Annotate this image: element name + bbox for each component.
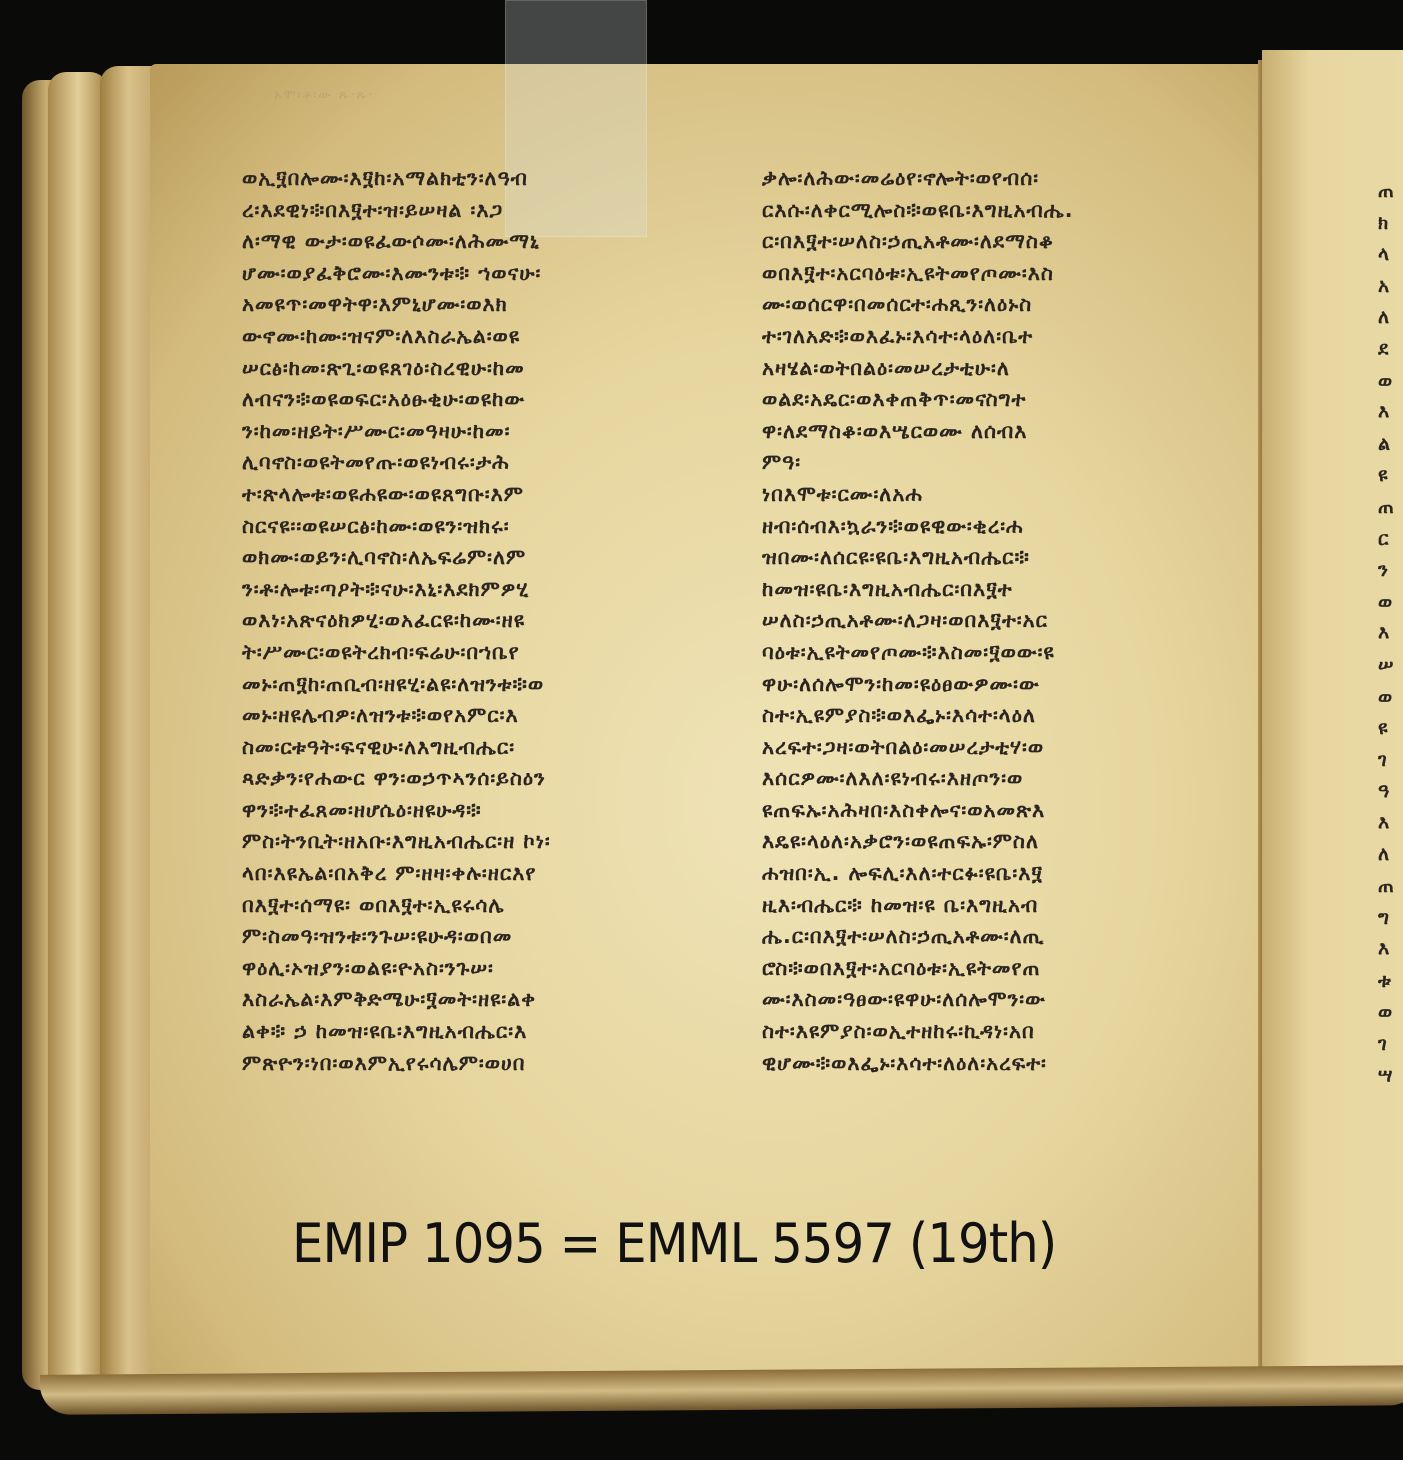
text-line: ዩጠፍኡ፡አሕዛበ፡እስቀሎና፡ወአመጽእ <box>762 795 1074 827</box>
text-line: ሙ፡ወሰርዋ፡በመሰርተ፡ሐጺን፡ለዕኑስ <box>762 289 1074 321</box>
text-line: እሰርዎሙ፡ለእለ፡ዩነብሩ፡እዘጦን፡ወ <box>762 763 1074 795</box>
page-header-note: ·ኦሞ፡ቶ፡ው ጹ·ጹ· <box>268 88 374 103</box>
text-line: በእ፶ተ፡ሰማዩ፡ ወበእ፶ተ፡ኢዩሩሳሌ <box>242 890 551 922</box>
text-line: ላ <box>1378 239 1395 271</box>
text-line: ውኖሙ፡ከሙ፡ዝናም፡ለእስራኤል፡ወዩ <box>242 321 551 353</box>
book-bottom-edge <box>40 1365 1403 1415</box>
text-line: እ <box>1378 397 1395 429</box>
text-line: ዩ <box>1378 713 1395 745</box>
text-line: ጠ <box>1378 176 1395 208</box>
text-line: ሊባኖስ፡ወዩትመየጡ፡ወዩነብሩ፡ታሕ <box>242 447 551 479</box>
text-line: ለ፡ማዊ ውታ፡ወዩፈውሶሙ፡ለሕሙማኒ <box>242 226 551 258</box>
text-line: ምጽዮን፡ነበ፡ወእምኢየሩሳሌም፡ወሀበ <box>242 1048 551 1080</box>
text-line: ምስ፡ትንቢት፡ዘአቡ፡እግዚአብሔር፡ዘ ኮነ፡ <box>242 826 551 858</box>
text-line: ት፡ሥሙር፡ወዩትረክብ፡ፍሬሁ፡በኀቤየ <box>242 637 551 669</box>
text-line: ስርናዩ፡፡ወዩሠርፅ፡ከሙ፡ወዩን፡ዝክሩ፡ <box>242 511 551 543</box>
text-line: እ <box>1378 618 1395 650</box>
text-line: ወ <box>1378 366 1395 398</box>
text-line: ወበእ፶ተ፡አርባዕቱ፡ኢዩትመየጦሙ፡እስ <box>762 258 1074 290</box>
text-line: ሔ.ር፡በእ፶ተ፡ሠለስ፡ኃጢአቶሙ፡ለጢ <box>762 921 1074 953</box>
text-line: ረ፡እደዊነ፨በእ፶ተ፡ዝ፡ይሠዛል ፡እጋ <box>242 195 551 227</box>
text-line: ሆሙ፡ወያፈቅሮሙ፡እሙንቱ፨ ኀወናሁ፡ <box>242 258 551 290</box>
text-line: እስራኤል፡እምቅድሜሁ፡፶መት፡ዘዩ፡ልቀ <box>242 984 551 1016</box>
text-line: አረፍተ፡ጋዛ፡ወትበልዕ፡መሠረታቲሃ፡ወ <box>762 732 1074 764</box>
text-line: ል <box>1378 429 1395 461</box>
text-line: ዋን፨ተፈጸመ፡ዘሆሴዕ፡ዘዩሁዳ፨ <box>242 795 551 827</box>
text-line: ለ <box>1378 302 1395 334</box>
text-line: ወኢ፶በሎሙ፡እ፶ከ፡አማልክቲን፡ለዓብ <box>242 163 551 195</box>
text-line: ወክሙ፡ወይን፡ሊባኖስ፡ለኤፍሬም፡ለም <box>242 542 551 574</box>
text-line: አመዩጥ፡መዋትዋ፡እምኒሆሙ፡ወእክ <box>242 289 551 321</box>
book-page-stack <box>48 72 108 1392</box>
text-line: ተ፡ጽላሎቱ፡ወዩሐዩው፡ወዩጸግቡ፡እም <box>242 479 551 511</box>
text-line: ሐዝበ፡ኢ. ሎፍሊ፡እለ፡ተርፉ፡ዩቤ፡እ፶ <box>762 858 1074 890</box>
text-line: ሠርፅ፡ከመ፡ጽጊ፡ወዩጸገዕ፡ስረዊሁ፡ከመ <box>242 353 551 385</box>
text-line: ክ <box>1378 208 1395 240</box>
text-line: ዓ <box>1378 776 1395 808</box>
text-line: ወ <box>1378 997 1395 1029</box>
text-line: ሣ <box>1378 1061 1395 1093</box>
text-line: እ <box>1378 934 1395 966</box>
text-line: ዋሁ፡ለሰሎሞን፡ከመ፡ዩዕፀውዎሙ፡ው <box>762 669 1074 701</box>
text-line: ለብናን፨ወዩወፍር፡አዕፁቂሁ፡ወዩከው <box>242 384 551 416</box>
text-line: ቱ <box>1378 966 1395 998</box>
text-line: ርእሱ፡ለቀርሚሎስ፨ወዩቤ፡እግዚአብሔ. <box>762 195 1074 227</box>
text-line: ዚእ፡ብሔር፨ ከመዝ፡ዩ ቤ፡እግዚአብ <box>762 890 1074 922</box>
text-line: ለ <box>1378 839 1395 871</box>
text-line: ጻድቃን፡የሐውር ዋን፡ወኃጥኣንሰ፡ይስዕን <box>242 763 551 795</box>
text-line: ደ <box>1378 334 1395 366</box>
text-column-left: ወኢ፶በሎሙ፡እ፶ከ፡አማልክቲን፡ለዓብረ፡እደዊነ፨በእ፶ተ፡ዝ፡ይሠዛል … <box>242 163 551 1079</box>
text-line: ስተ፡እዩምያስ፡ወኢተዘከሩ፡ኪዳነ፡አበ <box>762 1016 1074 1048</box>
text-line: ላበ፡እዩኤል፡በአቅረ ም፡ዘዛ፡ቀሉ፡ዘርእየ <box>242 858 551 890</box>
text-line: ም፡ስመዓ፡ዝንቱ፡ንጉሠ፡ዩሁዳ፡ወበመ <box>242 921 551 953</box>
text-line: ገ <box>1378 745 1395 777</box>
text-line: ጠ <box>1378 871 1395 903</box>
text-line: ልቀ፨ ኃ ከመዝ፡ዩቤ፡እግዚአብሔር፡እ <box>242 1016 551 1048</box>
text-line: ዩ <box>1378 460 1395 492</box>
text-line: መኑ፡ጠ፶ከ፡ጠቢብ፡ዘዩሂ፡ልዩ፡ለዝንቱ፨ወ <box>242 669 551 701</box>
text-line: ወ <box>1378 587 1395 619</box>
text-line: ቃሎ፡ለሕው፡መሬዕየ፡ኖሎት፡ወየብሰ፡ <box>762 163 1074 195</box>
text-line: ር <box>1378 524 1395 556</box>
text-line: ወ <box>1378 682 1395 714</box>
text-line: ሠ <box>1378 650 1395 682</box>
text-line: አ <box>1378 271 1395 303</box>
text-line: ምዓ፡ <box>762 447 1074 479</box>
text-line: ን፡ከመ፡ዘይት፡ሥሙር፡መዓዛሁ፡ከመ፡ <box>242 416 551 448</box>
text-line: ን፡ቶ፡ሎቱ፡ጣዖት፨ናሁ፡እኒ፡እደክምዎሂ <box>242 574 551 606</box>
text-line: ሮስ፨ወበእ፶ተ፡አርባዕቱ፡ኢዩትመየጠ <box>762 953 1074 985</box>
text-line: ከመዝ፡ዩቤ፡እግዚአብሔር፡በእ፶ተ <box>762 574 1074 606</box>
text-line: ዘብ፡ሰብእ፡ኳራን፨ወዩዊው፡ቂረ፡ሐ <box>762 511 1074 543</box>
text-line: ወእነ፡አጽናዕክዎሂ፡ወአፈርዩ፡ከሙ፡ዘዩ <box>242 605 551 637</box>
text-line: ን <box>1378 555 1395 587</box>
text-line: ስተ፡ኢዩምያስ፨ወእፌኑ፡እሳተ፡ላዕለ <box>762 700 1074 732</box>
text-line: ገ <box>1378 1029 1395 1061</box>
text-line: ዋዕሊ፡ኦዝያን፡ወልዩ፡ዮአስ፡ንጉሠ፡ <box>242 953 551 985</box>
text-line: ግ <box>1378 903 1395 935</box>
text-line: ዋ፡ለደማስቆ፡ወእሤርወሙ ለሰብእ <box>762 416 1074 448</box>
text-line: መኑ፡ዘዩሌብዎ፡ለዝንቱ፨ወየአምር፡እ <box>242 700 551 732</box>
text-line: ስመ፡ርቱዓት፡ፍናዊሁ፡ለእግዚብሔር፡ <box>242 732 551 764</box>
text-line: ጠ <box>1378 492 1395 524</box>
text-column-right: ቃሎ፡ለሕው፡መሬዕየ፡ኖሎት፡ወየብሰ፡ርእሱ፡ለቀርሚሎስ፨ወዩቤ፡እግዚአ… <box>762 163 1074 1079</box>
text-line: ሙ፡እስመ፡ዓፀው፡ዩዋሁ፡ለሰሎሞን፡ው <box>762 984 1074 1016</box>
text-line: ዊሆሙ፨ወእፌኑ፡እሳተ፡ለዕለ፡አረፍተ፡ <box>762 1048 1074 1080</box>
text-line: ነበእሞቱ፡ርሙ፡ለአሐ <box>762 479 1074 511</box>
text-line: ሠለስ፡ኃጢአቶሙ፡ለጋዛ፡ወበእ፶ተ፡አር <box>762 605 1074 637</box>
text-line: ዝበሙ፡ለሰርዩ፡ዩቤ፡እግዚአብሔር፨ <box>762 542 1074 574</box>
text-line: እ <box>1378 808 1395 840</box>
text-line: እዴዩ፡ላዕለ፡አቃሮን፡ወዩጠፍኡ፡ምስለ <box>762 826 1074 858</box>
image-caption: EMIP 1095 = EMML 5597 (19th) <box>292 1212 1056 1275</box>
text-line: አዛሄል፡ወትበልዕ፡መሠረታቲሁ፡ለ <box>762 353 1074 385</box>
text-column-facing-page: ጠክላአለደወእልዩጠርንወእሠወዩገዓእለጠግእቱወገሣ <box>1378 176 1395 1092</box>
manuscript-photo: ·ኦሞ፡ቶ፡ው ጹ·ጹ· ወኢ፶በሎሙ፡እ፶ከ፡አማልክቲን፡ለዓብረ፡እደዊነ… <box>0 0 1403 1460</box>
text-line: ወልደ፡አዴር፡ወእቀጠቅጥ፡መናስግተ <box>762 384 1074 416</box>
text-line: ባዕቱ፡ኢዩትመየጦሙ፨እስመ፡፶ወው፡ዩ <box>762 637 1074 669</box>
text-line: ተ፡ገለአድ፨ወእፈኑ፡እሳተ፡ላዕለ፡ቤተ <box>762 321 1074 353</box>
text-line: ር፡በእ፶ተ፡ሠለስ፡ኃጢአቶሙ፡ለደማስቆ <box>762 226 1074 258</box>
